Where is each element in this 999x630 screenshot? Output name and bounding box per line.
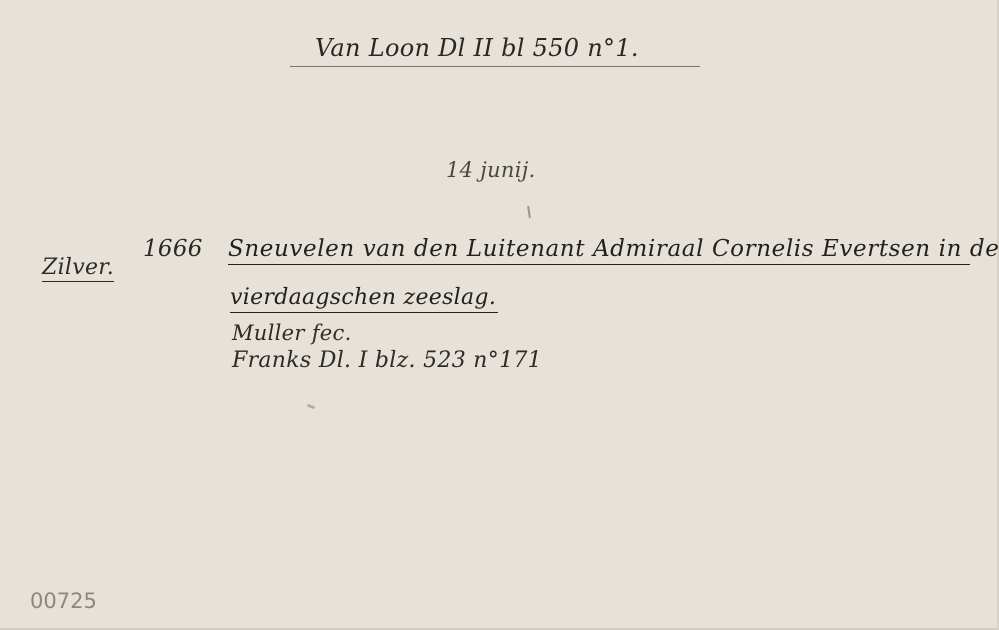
metal-label: Zilver. — [42, 255, 114, 282]
catalog-card: Van Loon Dl II bl 550 n°1. 14 junij. Zil… — [0, 0, 999, 630]
title-line-1: Sneuvelen van den Luitenant Admiraal Cor… — [228, 236, 970, 265]
maker-label: Muller fec. — [232, 321, 352, 345]
paper-mark — [527, 206, 531, 218]
paper-speck — [307, 404, 316, 410]
inventory-number: 00725 — [30, 589, 97, 613]
title-line-2: vierdaagschen zeeslag. — [230, 285, 498, 313]
reference-rule — [290, 66, 700, 67]
year-label: 1666 — [143, 236, 203, 262]
date-label: 14 junij. — [446, 158, 536, 182]
literature-reference: Franks Dl. I blz. 523 n°171 — [232, 348, 542, 373]
reference-heading: Van Loon Dl II bl 550 n°1. — [315, 34, 639, 62]
